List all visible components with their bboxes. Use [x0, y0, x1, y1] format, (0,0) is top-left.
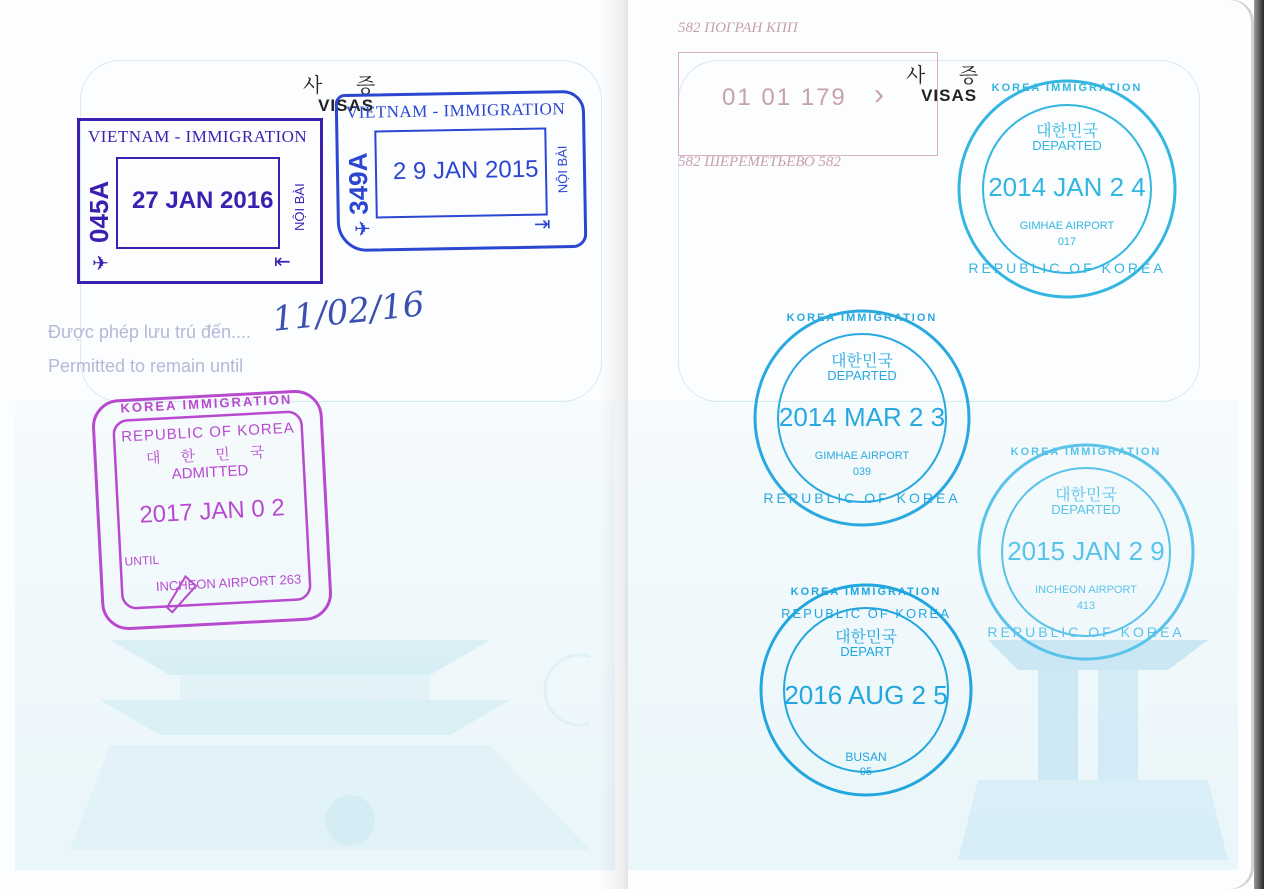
- gate-watermark-illustration: [70, 620, 590, 860]
- stamp-location: BUSAN: [758, 750, 974, 764]
- stamp-location: NỘI BÀI: [555, 145, 571, 193]
- lower-arc-text: REPUBLIC OF KOREA: [976, 624, 1196, 640]
- stamp-code: 349A: [343, 152, 375, 215]
- left-passport-page: 사 증 VISAS VIETNAM - IMMIGRATION 045A 27 …: [0, 0, 628, 889]
- stamp-location: GIMHAE AIRPORT: [956, 220, 1178, 232]
- stamp-status: DEPARTED: [752, 368, 972, 383]
- stamp-date: 27 JAN 2016: [132, 187, 273, 215]
- stamp-date-box: 2 9 JAN 2015: [374, 128, 548, 219]
- stamp-number: 017: [956, 236, 1178, 248]
- lower-arc-text: REPUBLIC OF KOREA: [956, 260, 1178, 276]
- vietnam-exit-stamp: VIETNAM - IMMIGRATION 349A 2 9 JAN 2015 …: [335, 90, 588, 252]
- departure-arrow-icon: ⇥: [534, 211, 551, 236]
- stamp-location: GIMHAE AIRPORT: [752, 450, 972, 462]
- stamp-location: NỘI BÀI: [292, 183, 307, 231]
- stamp-code: 045A: [84, 181, 115, 243]
- korea-departed-stamp-busan-2016: KOREA IMMIGRATION REPUBLIC OF KOREA 대한민국…: [758, 582, 974, 798]
- passport-cover-edge: [1254, 0, 1264, 889]
- stamp-status: DEPARTED: [956, 138, 1178, 153]
- border-text: KOREA IMMIGRATION: [752, 312, 972, 324]
- stamp-date-box: 27 JAN 2016: [116, 157, 280, 249]
- korea-departed-stamp-incheon-2015: KOREA IMMIGRATION 대한민국 DEPARTED 2015 JAN…: [976, 442, 1196, 662]
- vietnam-entry-stamp: VIETNAM - IMMIGRATION 045A 27 JAN 2016 N…: [77, 118, 323, 284]
- korea-departed-stamp-gimhae-2014-jan: KOREA IMMIGRATION 대한민국 DEPARTED 2014 JAN…: [956, 78, 1178, 300]
- country-line: REPUBLIC OF KOREA: [758, 606, 974, 621]
- border-text: KOREA IMMIGRATION: [758, 586, 974, 598]
- stamp-date: 2014 MAR 2 3: [752, 402, 972, 433]
- arrival-arrow-icon: ⇤: [274, 249, 291, 274]
- stamp-top-text: 582 ПОГРАН КПП: [678, 20, 798, 37]
- airplane-icon: ✈: [354, 217, 371, 242]
- stamp-number: 413: [976, 600, 1196, 612]
- permitted-stay-label-vi: Được phép lưu trú đến....: [48, 322, 251, 343]
- stamp-date: 2014 JAN 2 4: [956, 172, 1178, 203]
- stamp-header: VIETNAM - IMMIGRATION: [346, 99, 578, 123]
- permitted-stay-label-en: Permitted to remain until: [48, 356, 243, 377]
- lower-arc-text: REPUBLIC OF KOREA: [752, 490, 972, 506]
- stamp-bottom-text: 582 ШЕРЕМЕТЬЕВО 582: [678, 154, 841, 171]
- border-text: KOREA IMMIGRATION: [976, 446, 1196, 458]
- stamp-date: 2 9 JAN 2015: [393, 156, 539, 187]
- korea-admitted-stamp: KOREA IMMIGRATION REPUBLIC OF KOREA 대 한 …: [86, 384, 338, 636]
- stamp-location: INCHEON AIRPORT: [976, 584, 1196, 596]
- stamp-date: 2015 JAN 2 9: [976, 536, 1196, 567]
- korea-departed-stamp-gimhae-2014-mar: KOREA IMMIGRATION 대한민국 DEPARTED 2014 MAR…: [752, 308, 972, 528]
- stamp-number: 039: [752, 466, 972, 478]
- stamp-number: 01 01 179: [722, 84, 847, 112]
- stamp-status: DEPART: [758, 644, 974, 659]
- border-text: KOREA IMMIGRATION: [956, 82, 1178, 94]
- stamp-number: 05: [758, 766, 974, 778]
- right-passport-page: 582 ПОГРАН КПП 01 01 179 › 582 ШЕРЕМЕТЬЕ…: [628, 0, 1254, 889]
- stamp-date: 2016 AUG 2 5: [758, 680, 974, 711]
- stamp-header: VIETNAM - IMMIGRATION: [88, 127, 316, 147]
- airplane-icon: ✈: [92, 251, 109, 276]
- chevron-right-icon: ›: [874, 78, 884, 112]
- stamp-status: DEPARTED: [976, 502, 1196, 517]
